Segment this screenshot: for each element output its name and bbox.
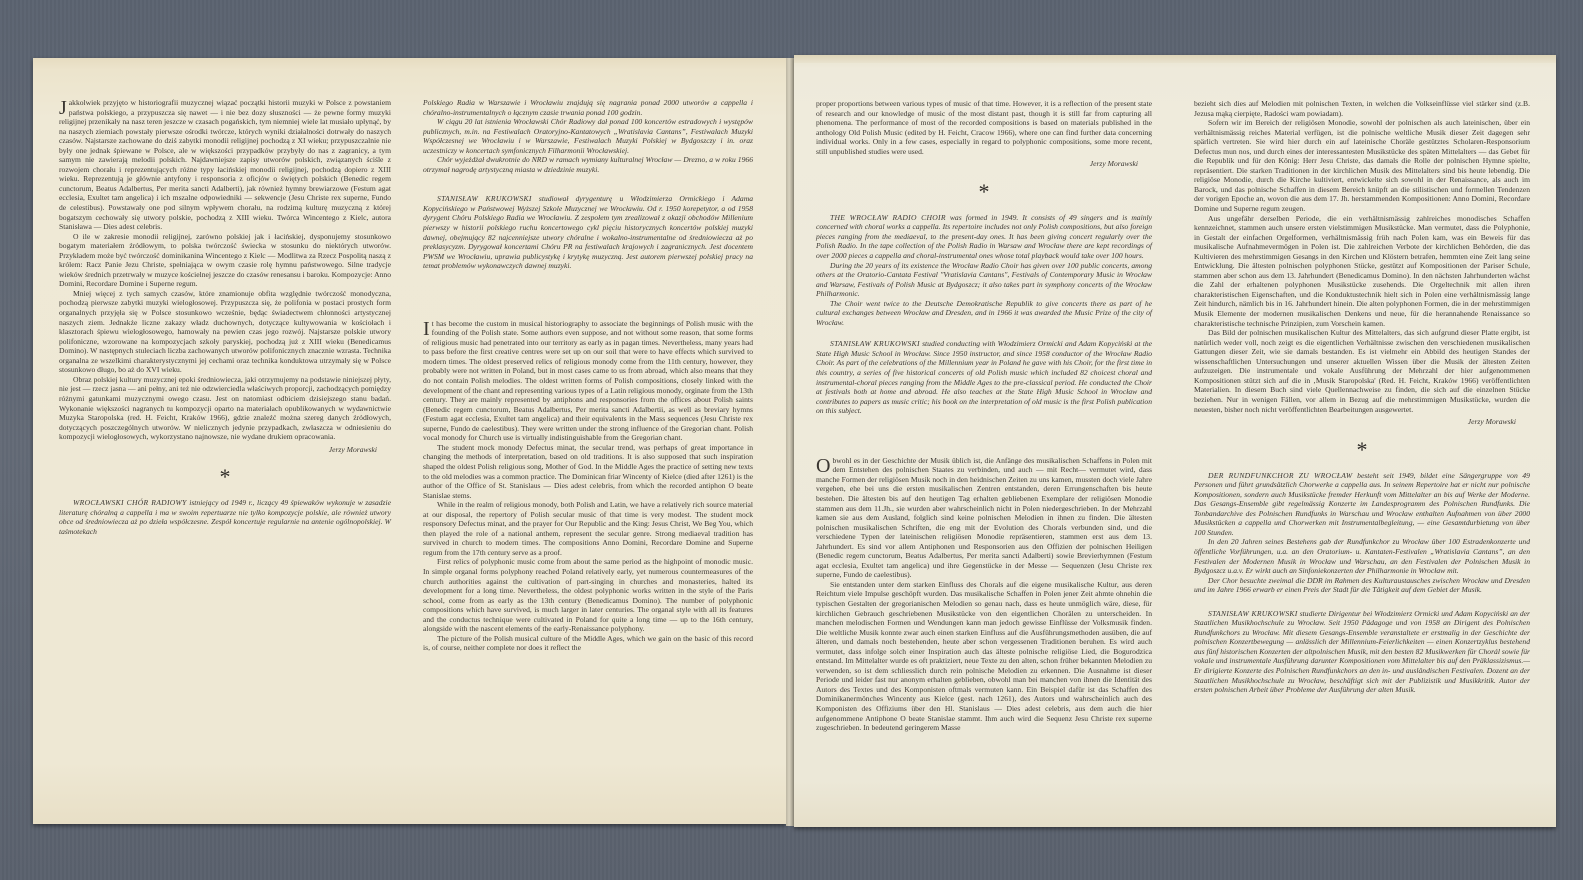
choir-heading: THE WROCŁAW RADIO CHOIR bbox=[830, 213, 946, 222]
english-paragraph: While in the realm of religious monody, … bbox=[423, 500, 753, 557]
asterisk-divider-icon: * bbox=[59, 464, 391, 490]
english-paragraph: The picture of the Polish musical cultur… bbox=[423, 634, 753, 653]
drop-cap: I bbox=[423, 320, 430, 338]
choir-paragraph: In den 20 Jahren seines Bestehens gab de… bbox=[1194, 537, 1530, 575]
german-intro-paragraph: Obwohl es in der Geschichte der Musik üb… bbox=[816, 456, 1152, 580]
right-page: proper proportions between various types… bbox=[794, 55, 1556, 827]
drop-cap: J bbox=[59, 99, 67, 117]
choir-paragraph: The Choir went twice to the Deutsche Dem… bbox=[816, 299, 1152, 328]
author-signature: Jerzy Morawski bbox=[816, 159, 1138, 169]
conductor-heading: STANISŁAW KRUKOWSKI bbox=[1208, 609, 1298, 618]
english-paragraph: proper proportions between various types… bbox=[816, 99, 1152, 156]
polish-paragraph: Obraz polskiej kultury muzycznej epoki ś… bbox=[59, 375, 391, 442]
choir-paragraph: Der Chor besuchte zweimal die DDR im Rah… bbox=[1194, 576, 1530, 595]
choir-heading: WROCŁAWSKI CHÓR RADIOWY bbox=[73, 498, 187, 507]
polish-paragraph: O ile w zakresie monodii religijnej, zar… bbox=[59, 232, 391, 289]
english-intro-paragraph: It has become the custom in musical hist… bbox=[423, 319, 753, 443]
conductor-paragraph: STANISŁAW KRUKOWSKI studierte Dirigentur… bbox=[1194, 609, 1530, 695]
polish-paragraph: W ciągu 20 lat istnienia Wrocławski Chór… bbox=[423, 117, 753, 155]
english-paragraph: The student mock monody Defectus minat, … bbox=[423, 443, 753, 500]
polish-paragraph: Polskiego Radia w Warszawie i Wrocławiu … bbox=[423, 98, 753, 117]
conductor-paragraph: STANISŁAW KRUKOWSKI studied conducting w… bbox=[816, 339, 1152, 415]
german-column: bezieht sich dies auf Melodien mit polni… bbox=[1194, 99, 1530, 695]
asterisk-divider-icon: * bbox=[816, 179, 1152, 205]
conductor-heading: STANISŁAW KRUKOWSKI bbox=[830, 339, 920, 348]
polish-intro-paragraph: Jakkolwiek przyjęto w historiografii muz… bbox=[59, 98, 391, 232]
german-paragraph: Aus ungefähr derselben Periode, die ein … bbox=[1194, 214, 1530, 329]
english-column: proper proportions between various types… bbox=[816, 99, 1152, 733]
spacer bbox=[816, 327, 1152, 339]
left-page: Jakkolwiek przyjęto w historiografii muz… bbox=[33, 58, 786, 824]
polish-continued-column: Polskiego Radia w Warszawie i Wrocławiu … bbox=[423, 98, 753, 653]
german-paragraph: Sie entstanden unter dem starken Einflus… bbox=[816, 580, 1152, 733]
polish-paragraph: Mniej więcej z tych samych czasów, które… bbox=[59, 289, 391, 375]
spacer bbox=[816, 416, 1152, 456]
spacer bbox=[423, 174, 753, 194]
german-paragraph: bezieht sich dies auf Melodien mit polni… bbox=[1194, 99, 1530, 118]
choir-paragraph: During the 20 years of its existence the… bbox=[816, 261, 1152, 299]
spacer bbox=[423, 271, 753, 319]
gatefold-spine bbox=[786, 58, 794, 826]
choir-heading: DER RUNDFUNKCHOR ZU WROCŁAW bbox=[1208, 471, 1353, 480]
choir-paragraph: WROCŁAWSKI CHÓR RADIOWY istniejący od 19… bbox=[59, 498, 391, 536]
english-paragraph: First relics of polyphonic music come fr… bbox=[423, 557, 753, 633]
author-signature: Jerzy Morawski bbox=[59, 445, 377, 455]
german-paragraph: Das Bild der polnischen musikalischen Ku… bbox=[1194, 328, 1530, 414]
choir-paragraph: DER RUNDFUNKCHOR ZU WROCŁAW besteht seit… bbox=[1194, 471, 1530, 538]
german-paragraph: Sofern wir im Bereich der religiösen Mon… bbox=[1194, 118, 1530, 213]
drop-cap: O bbox=[816, 457, 830, 475]
asterisk-divider-icon: * bbox=[1194, 437, 1530, 463]
polish-paragraph: Chór wyjeżdżał dwukrotnie do NRD w ramac… bbox=[423, 155, 753, 174]
choir-paragraph: THE WROCŁAW RADIO CHOIR was formed in 19… bbox=[816, 213, 1152, 261]
author-signature: Jerzy Morawski bbox=[1194, 417, 1516, 427]
conductor-heading: STANISŁAW KRUKOWSKI bbox=[437, 194, 532, 203]
polish-column: Jakkolwiek przyjęto w historiografii muz… bbox=[59, 98, 391, 536]
conductor-paragraph: STANISŁAW KRUKOWSKI studiował dyrygentur… bbox=[423, 194, 753, 270]
spacer bbox=[1194, 595, 1530, 609]
